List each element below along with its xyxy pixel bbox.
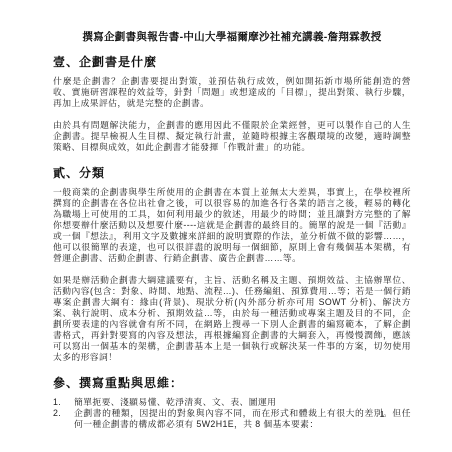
list-item-text: 簡單扼要、淺顯易懂、乾淨清爽、文、表、圖運用 [74,397,411,408]
list-item-number: 2. [53,408,74,430]
list-item-number: 1. [53,397,74,408]
page-number: 1 [380,410,384,419]
paragraph: 一般商業的企劃書與學生所使用的企劃書在本質上並無太大差異，事實上，在學校裡所撰寫… [53,187,411,264]
section-classification: 貳、分類 一般商業的企劃書與學生所使用的企劃書在本質上並無太大差異，事實上，在學… [53,164,411,363]
document-title: 撰寫企劃書與報告書-中山大學福爾摩沙社補充講義-詹翔霖教授 [53,31,411,44]
document-content: 撰寫企劃書與報告書-中山大學福爾摩沙社補充講義-詹翔霖教授 壹、企劃書是什麼 什… [53,31,411,430]
section-heading-2: 貳、分類 [53,164,411,181]
section-heading-1: 壹、企劃書是什麼 [53,53,411,70]
list-item-text: 企劃書的種類，因提出的對象與內容不同，而在形式和體裁上有很大的差別。但任何一種企… [74,408,411,430]
paragraph: 由於具有問題解決能力，企劃書的應用因此不僅限於企業經營，更可以製作自己的人生企劃… [53,120,411,153]
paragraph: 什麼是企劃書？企劃書要提出對策，並預估執行成效，例如開拓新市場所能創造的營收、實… [53,76,411,109]
document-page: 撰寫企劃書與報告書-中山大學福爾摩沙社補充講義-詹翔霖教授 壹、企劃書是什麼 什… [0,0,452,452]
list-item: 1. 簡單扼要、淺顯易懂、乾淨清爽、文、表、圖運用 [53,397,411,408]
section-writing-key-points: 參、撰寫重點與思維： 1. 簡單扼要、淺顯易懂、乾淨清爽、文、表、圖運用 2. … [53,374,411,430]
numbered-list: 1. 簡單扼要、淺顯易懂、乾淨清爽、文、表、圖運用 2. 企劃書的種類，因提出的… [53,397,411,430]
section-heading-3: 參、撰寫重點與思維： [53,374,411,391]
section-what-is-a-proposal: 壹、企劃書是什麼 什麼是企劃書？企劃書要提出對策，並預估執行成效，例如開拓新市場… [53,53,411,153]
paragraph: 如果是辦活動企劃書大綱建議要有，主旨、活動名稱及主題、預期效益、主協辦單位、活動… [53,275,411,363]
list-item: 2. 企劃書的種類，因提出的對象與內容不同，而在形式和體裁上有很大的差別。但任何… [53,408,411,430]
